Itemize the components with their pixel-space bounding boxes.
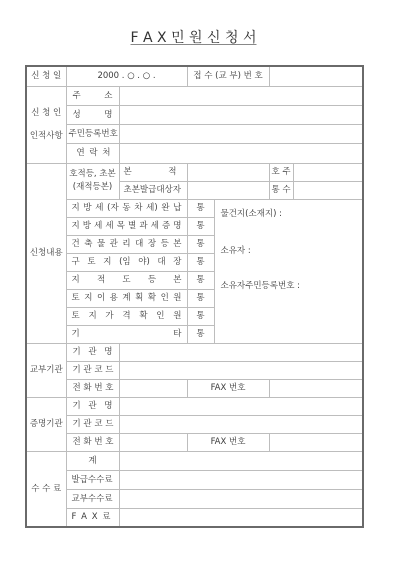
abstract-subject-label: 초본발급대상자 xyxy=(119,181,187,199)
issuing-agency-name-value xyxy=(119,343,363,361)
fee-row: 교부수수료 xyxy=(26,489,363,508)
fee-row: 발급수수료 xyxy=(26,470,363,489)
issuing-agency-phone-value xyxy=(119,379,187,397)
document-unit: 통 xyxy=(187,271,214,289)
household-head-label: 호 주 xyxy=(269,163,293,181)
delivery-fee-value xyxy=(119,489,363,508)
document-label: 토 지 이 용 계 획 확 인 원 xyxy=(66,289,187,307)
issuing-agency-fax-label: FAX 번호 xyxy=(187,379,269,397)
applicant-section-label-2: 인적사항 xyxy=(27,125,66,148)
delivery-fee-label: 교부수수료 xyxy=(66,489,119,508)
issuance-fee-label: 발급수수료 xyxy=(66,470,119,489)
certifying-agency-section-label: 증명기관 xyxy=(26,397,66,451)
fee-row: F A X 료 xyxy=(26,508,363,527)
applicant-row: 성 명 xyxy=(26,105,363,124)
document-label: 지 방 세 세 목 별 과 세 증 명 xyxy=(66,217,187,235)
receipt-number-label: 접 수 (교 부) 번 호 xyxy=(187,66,269,86)
property-location-label: 물건지(소재지) : xyxy=(221,208,363,220)
application-date-value: 2000 . ○ . ○ . xyxy=(66,66,187,86)
document-label: 지 적 도 등 본 xyxy=(66,271,187,289)
family-register-label-2: (재적등본) xyxy=(67,181,119,194)
certifying-agency-phone-label: 전 화 번 호 xyxy=(66,433,119,451)
document-label: 지 방 세 (자 동 차 세) 완 납 xyxy=(66,199,187,217)
applicant-row: 주민등록번호 xyxy=(26,125,363,144)
resident-number-value xyxy=(119,125,363,144)
issuing-agency-fax-value xyxy=(269,379,363,397)
document-unit: 통 xyxy=(187,289,214,307)
issuing-agency-row: 교부기관 기 관 명 xyxy=(26,343,363,361)
domicile-label: 본 적 xyxy=(119,163,187,181)
certifying-agency-fax-value xyxy=(269,433,363,451)
copy-count-value xyxy=(293,181,363,199)
issuing-agency-code-label: 기 관 코 드 xyxy=(66,361,119,379)
form-title: F A X 민 원 신 청 서 xyxy=(0,30,387,46)
issuing-agency-row: 전 화 번 호 FAX 번호 xyxy=(26,379,363,397)
document-unit: 통 xyxy=(187,217,214,235)
applicant-section-label-1: 신 청 인 xyxy=(27,102,66,125)
fee-row: 수 수 료 계 xyxy=(26,451,363,470)
application-date-label: 신 청 일 xyxy=(26,66,66,86)
applicant-row: 신 청 인 인적사항 주 소 xyxy=(26,86,363,105)
household-head-value xyxy=(293,163,363,181)
document-unit: 통 xyxy=(187,235,214,253)
issuing-agency-row: 기 관 코 드 xyxy=(26,361,363,379)
address-value xyxy=(119,86,363,105)
form-title-text: F A X 민 원 신 청 서 xyxy=(131,30,257,46)
certifying-agency-row: 증명기관 기 관 명 xyxy=(26,397,363,415)
issuance-fee-value xyxy=(119,470,363,489)
receipt-number-value xyxy=(269,66,363,86)
family-register-label: 호적등, 초본 (재적등본) xyxy=(66,163,119,199)
certifying-agency-fax-label: FAX 번호 xyxy=(187,433,269,451)
issuing-agency-phone-label: 전 화 번 호 xyxy=(66,379,119,397)
contact-label: 연 락 처 xyxy=(66,144,119,163)
fax-fee-label: F A X 료 xyxy=(66,508,119,527)
issuing-agency-code-value xyxy=(119,361,363,379)
fees-section-label: 수 수 료 xyxy=(26,451,66,527)
request-section-label: 신청내용 xyxy=(26,163,66,343)
document-unit: 통 xyxy=(187,199,214,217)
property-owner-label: 소유자 : xyxy=(221,245,363,257)
application-date-row: 신 청 일 2000 . ○ . ○ . 접 수 (교 부) 번 호 xyxy=(26,66,363,86)
family-register-label-1: 호적등, 초본 xyxy=(67,168,119,181)
document-unit: 통 xyxy=(187,253,214,271)
certifying-agency-name-label: 기 관 명 xyxy=(66,397,119,415)
applicant-row: 연 락 처 xyxy=(26,144,363,163)
issuing-agency-name-label: 기 관 명 xyxy=(66,343,119,361)
fax-application-form: 신 청 일 2000 . ○ . ○ . 접 수 (교 부) 번 호 신 청 인… xyxy=(25,65,364,528)
applicant-section-label: 신 청 인 인적사항 xyxy=(26,86,66,163)
certifying-agency-code-label: 기 관 코 드 xyxy=(66,415,119,433)
address-label: 주 소 xyxy=(66,86,119,105)
document-label: 토 지 가 격 확 인 원 xyxy=(66,307,187,325)
property-info-cell: 물건지(소재지) : 소유자 : 소유자주민등록번호 : xyxy=(214,199,363,343)
domicile-value xyxy=(187,163,269,181)
document-unit: 통 xyxy=(187,307,214,325)
request-row: 신청내용 호적등, 초본 (재적등본) 본 적 호 주 xyxy=(26,163,363,181)
copy-count-label: 통 수 xyxy=(269,181,293,199)
document-label: 건 축 물 관 리 대 장 등 본 xyxy=(66,235,187,253)
document-label: 기 타 xyxy=(66,325,187,343)
document-label: 구 토 지 (임 야) 대 장 xyxy=(66,253,187,271)
resident-number-label: 주민등록번호 xyxy=(66,125,119,144)
contact-value xyxy=(119,144,363,163)
certifying-agency-row: 전 화 번 호 FAX 번호 xyxy=(26,433,363,451)
document-row: 지 방 세 (자 동 차 세) 완 납 통 물건지(소재지) : 소유자 : 소… xyxy=(26,199,363,217)
document-unit: 통 xyxy=(187,325,214,343)
certifying-agency-code-value xyxy=(119,415,363,433)
abstract-subject-value xyxy=(187,181,269,199)
fax-fee-value xyxy=(119,508,363,527)
certifying-agency-phone-value xyxy=(119,433,187,451)
certifying-agency-name-value xyxy=(119,397,363,415)
property-owner-id-label: 소유자주민등록번호 : xyxy=(221,280,363,292)
fee-total-value xyxy=(119,451,363,470)
certifying-agency-row: 기 관 코 드 xyxy=(26,415,363,433)
fee-total-label: 계 xyxy=(66,451,119,470)
name-label: 성 명 xyxy=(66,105,119,124)
issuing-agency-section-label: 교부기관 xyxy=(26,343,66,397)
name-value xyxy=(119,105,363,124)
